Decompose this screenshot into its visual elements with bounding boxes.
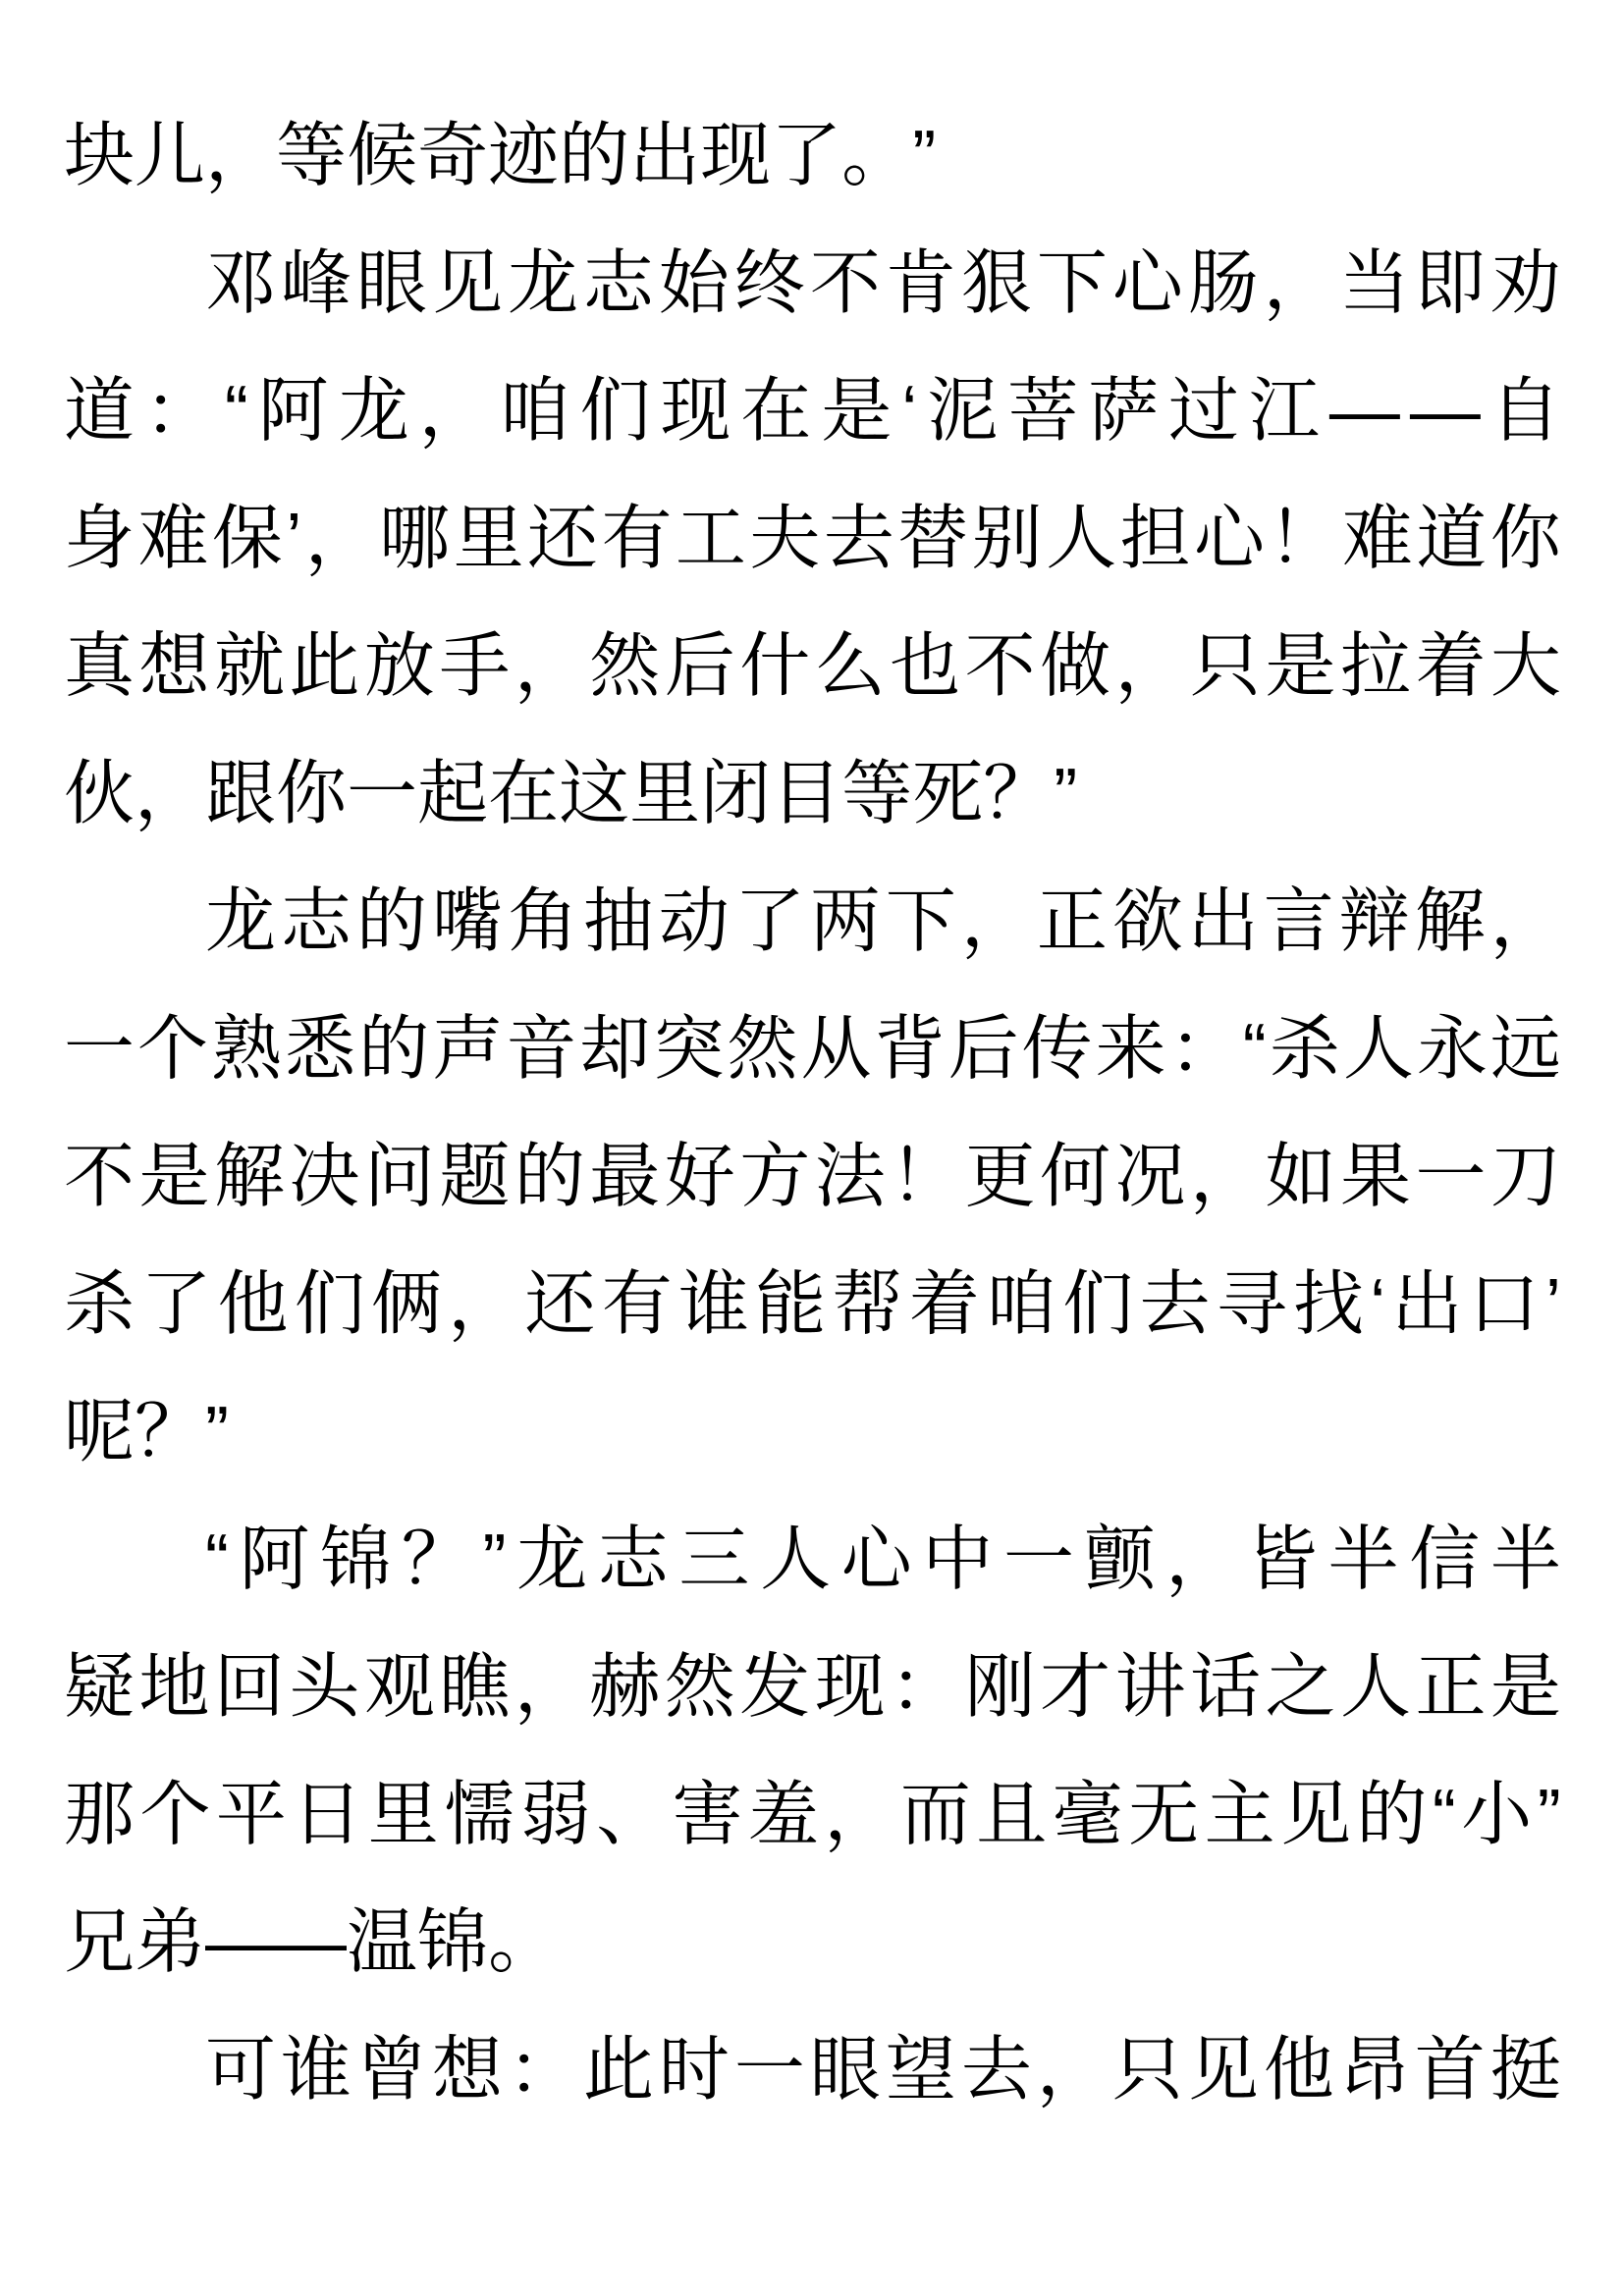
text-line: 杀了他们俩，还有谁能帮着咱们去寻找‘出口’ bbox=[64, 1241, 1561, 1368]
text-line: 一个熟悉的声音却突然从背后传来：“杀人永远 bbox=[64, 986, 1561, 1113]
text-line: 呢？” bbox=[64, 1368, 1561, 1496]
text-line: 真想就此放手，然后什么也不做，只是拉着大 bbox=[64, 603, 1561, 730]
text-line: 邓峰眼见龙志始终不肯狠下心肠，当即劝 bbox=[64, 220, 1561, 347]
text-line: “阿锦？”龙志三人心中一颤，皆半信半 bbox=[64, 1496, 1561, 1624]
text-line: 不是解决问题的最好方法！更何况，如果一刀 bbox=[64, 1113, 1561, 1241]
text-line: 块儿，等候奇迹的出现了。” bbox=[64, 92, 1561, 220]
text-line: 道：“阿龙，咱们现在是‘泥菩萨过江——自 bbox=[64, 347, 1561, 475]
document-page: 块儿，等候奇迹的出现了。” 邓峰眼见龙志始终不肯狠下心肠，当即劝 道：“阿龙，咱… bbox=[0, 0, 1624, 2296]
text-line: 身难保’，哪里还有工夫去替别人担心！难道你 bbox=[64, 475, 1561, 603]
text-line: 兄弟——温锦。 bbox=[64, 1879, 1561, 2006]
text-line: 那个平日里懦弱、害羞，而且毫无主见的“小” bbox=[64, 1751, 1561, 1879]
text-line: 可谁曾想：此时一眼望去，只见他昂首挺 bbox=[64, 2006, 1561, 2134]
text-line: 龙志的嘴角抽动了两下，正欲出言辩解， bbox=[64, 858, 1561, 986]
text-line: 伙，跟你一起在这里闭目等死？” bbox=[64, 730, 1561, 858]
text-line: 疑地回头观瞧，赫然发现：刚才讲话之人正是 bbox=[64, 1624, 1561, 1751]
